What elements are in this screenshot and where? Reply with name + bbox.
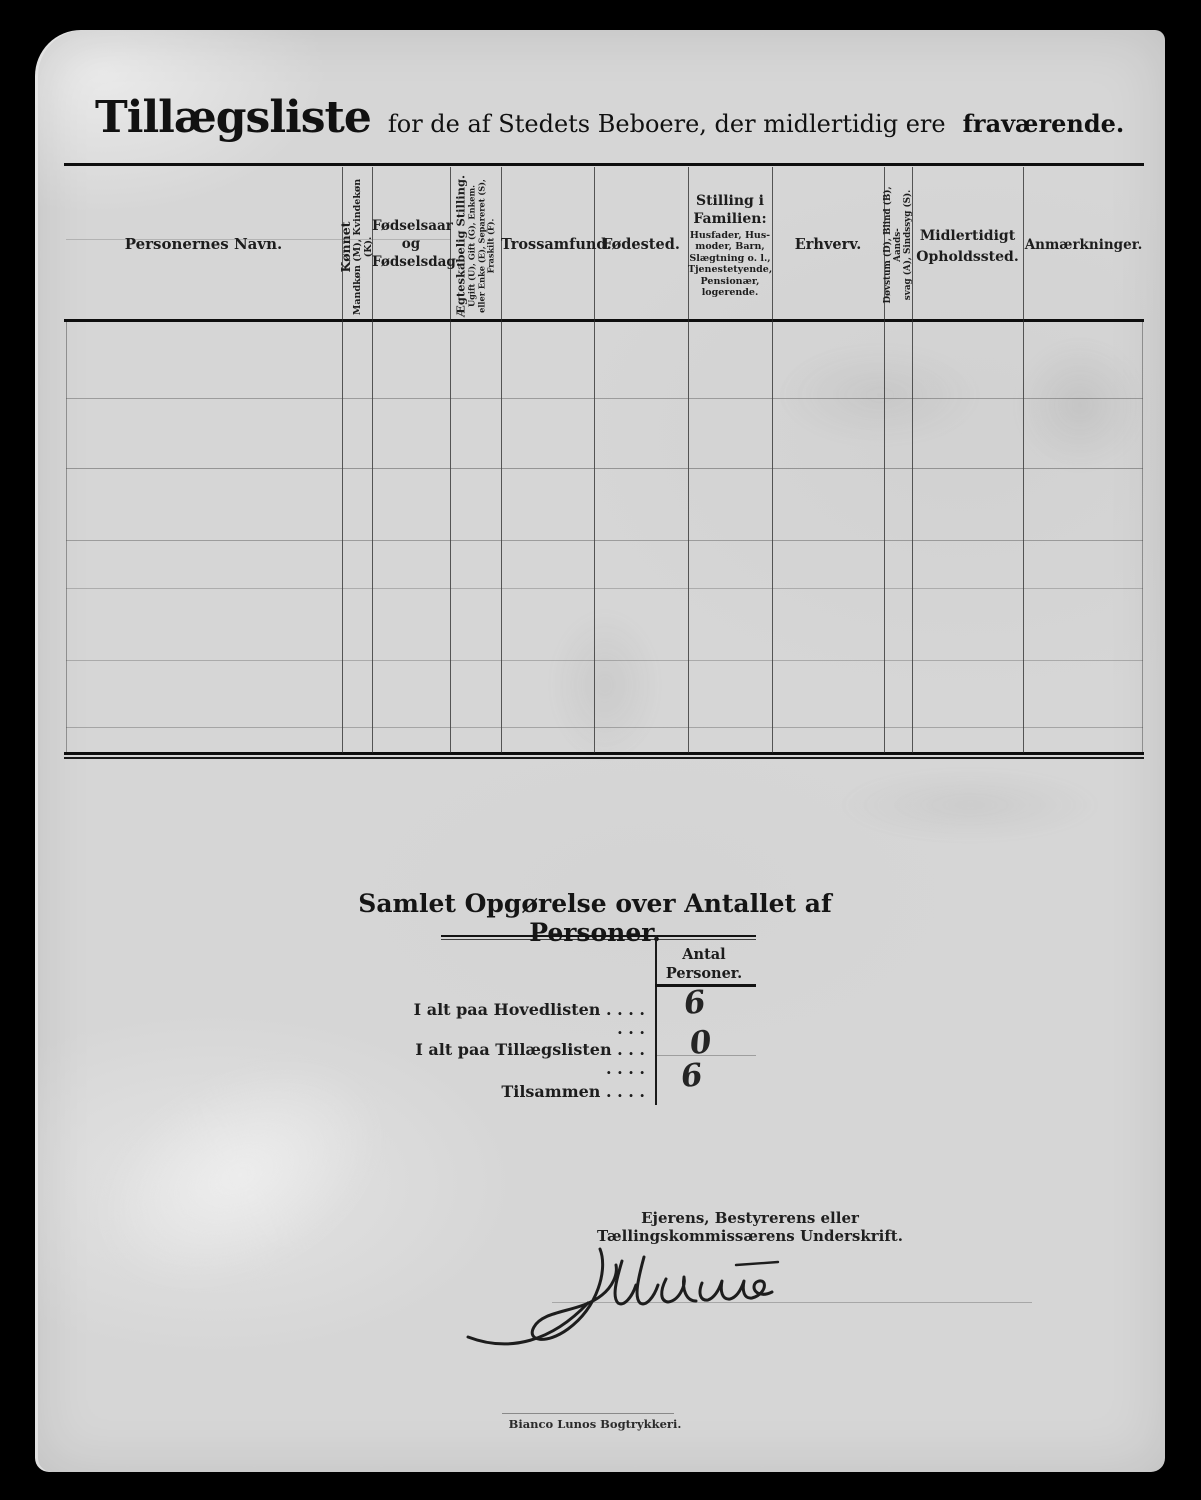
col-header-disability-1: Døvstum (D), Blind (B), Aands- <box>883 170 903 320</box>
summary-divider <box>655 935 657 1105</box>
scanned-census-page: Tillægsliste for de af Stedets Beboere, … <box>0 0 1201 1500</box>
col-header-sex-title: Kønnet <box>339 222 353 273</box>
summary-top-rule-2 <box>441 939 756 940</box>
row-line <box>66 727 1143 728</box>
col-header-name: Personernes Navn. <box>65 235 342 253</box>
col-header-disability: Døvstum (D), Blind (B), Aands- svag (A),… <box>884 170 912 320</box>
summary-value-handwritten: 6 <box>679 1057 705 1095</box>
col-header-birth: Fødselsaar og Fødselsdag. <box>372 217 450 272</box>
row-line <box>66 660 1143 661</box>
col-header-occupation: Erhverv. <box>772 236 884 253</box>
table-bottom-rule <box>64 752 1144 755</box>
column-line <box>772 167 773 753</box>
signature-drawing <box>440 1235 860 1355</box>
col-header-remarks: Anmærkninger. <box>1023 237 1144 253</box>
col-header-marital-codes-3: Fraskilt (F). <box>487 219 496 274</box>
col-header-family-title: Stilling i Familien: <box>688 192 772 228</box>
page-title: Tillægsliste <box>95 92 371 143</box>
signature-name-text: Jillbiuus <box>0 0 1 1</box>
printer-imprint: Bianco Lunos Bogtrykkeri. <box>495 1417 695 1431</box>
document-header: Tillægsliste for de af Stedets Beboere, … <box>95 92 1124 143</box>
summary-top-rule <box>441 935 756 937</box>
table-right-edge <box>1142 322 1143 752</box>
col-header-sex: Kønnet Mandkøn (M), Kvindekøn (K). <box>338 172 376 322</box>
summary-row-label: I alt paa Hovedlisten . . . . . . . <box>413 1000 645 1038</box>
page-subtitle-emphasis: fraværende. <box>963 109 1125 138</box>
summary-value-handwritten: 6 <box>682 984 708 1022</box>
summary-row-label: Tilsammen . . . . <box>413 1082 645 1101</box>
table-top-rule <box>64 163 1144 166</box>
summary-header-rule <box>655 984 756 987</box>
row-line <box>66 540 1143 541</box>
col-header-birthplace: Fødested. <box>594 236 688 253</box>
summary-col-header: Antal Personer. <box>658 946 750 984</box>
page-subtitle: for de af Stedets Beboere, der midlertid… <box>388 110 946 138</box>
col-header-residence: Midlertidigt Opholdssted. <box>912 226 1023 268</box>
col-header-faith: Trossamfund. <box>501 236 594 253</box>
column-line <box>1023 167 1024 753</box>
row-line <box>66 468 1143 469</box>
imprint-rule <box>502 1413 674 1414</box>
row-line <box>66 398 1143 399</box>
table-header-rule <box>64 319 1144 322</box>
table-left-edge <box>66 322 67 752</box>
table-bottom-rule-2 <box>64 757 1144 759</box>
summary-value-handwritten: 0 <box>688 1024 714 1062</box>
row-line <box>66 588 1143 589</box>
summary-row-label: I alt paa Tillægslisten . . . . . . . <box>413 1040 645 1078</box>
column-line <box>594 167 595 753</box>
col-header-family-roles: Husfader, Hus- moder, Barn, Slægtning o.… <box>688 230 772 298</box>
col-header-marital: Ægteskabelig Stilling. Ugift (U), Gift (… <box>450 171 502 322</box>
